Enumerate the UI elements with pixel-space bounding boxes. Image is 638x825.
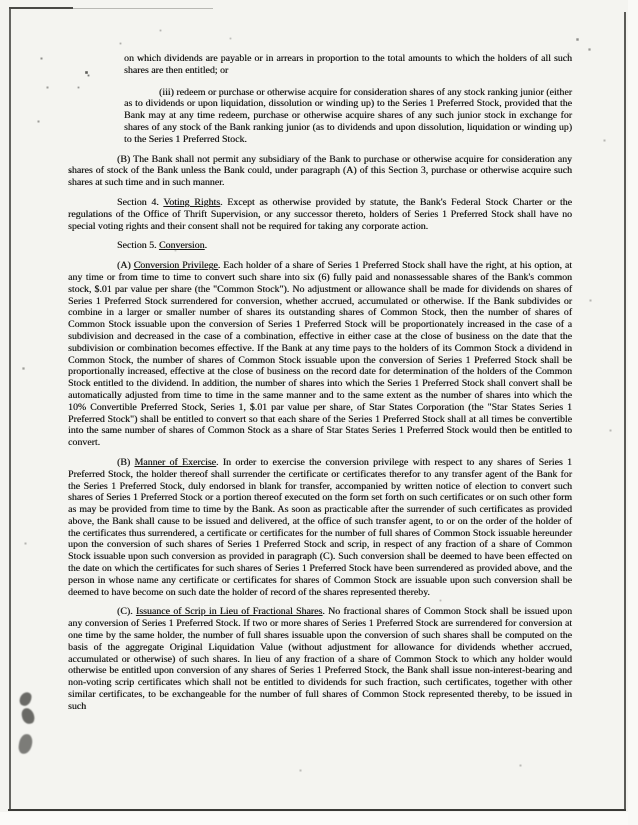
paragraph-c-body: . No fractional shares of Common Stock s… bbox=[68, 606, 572, 711]
photocopy-border-left bbox=[9, 8, 11, 810]
clause-continuation: on which dividends are payable or in arr… bbox=[124, 53, 572, 77]
paragraph-a-body: . Each holder of a share of Series 1 Pre… bbox=[68, 260, 572, 448]
paragraph-section4-voting-rights: Section 4. Voting Rights. Except as othe… bbox=[68, 197, 572, 232]
section5-body: . bbox=[205, 240, 207, 251]
paragraph-a-conversion-privilege: (A) Conversion Privilege. Each holder of… bbox=[68, 260, 572, 449]
paragraph-section5-conversion: Section 5. Conversion. bbox=[68, 240, 572, 252]
paragraph-section3-b: (B) The Bank shall not permit any subsid… bbox=[68, 154, 572, 189]
scan-smudge bbox=[18, 691, 33, 708]
scan-smudge bbox=[20, 707, 35, 725]
paragraph-b-heading: Manner of Exercise bbox=[134, 457, 216, 468]
paragraph-c-heading: Issuance of Scrip in Lieu of Fractional … bbox=[136, 606, 322, 617]
document-text: on which dividends are payable or in arr… bbox=[68, 53, 572, 721]
paragraph-b-manner-of-exercise: (B) Manner of Exercise. In order to exer… bbox=[68, 457, 572, 599]
section5-heading: Conversion bbox=[159, 240, 205, 251]
paragraph-c-issuance-of-scrip: (C). Issuance of Scrip in Lieu of Fracti… bbox=[68, 606, 572, 712]
photocopy-border-right bbox=[624, 12, 626, 810]
scan-margin-bottom bbox=[0, 812, 638, 825]
scan-margin-right bbox=[628, 0, 638, 825]
paragraph-a-heading: Conversion Privilege bbox=[134, 260, 218, 271]
paragraph-c-label: (C). bbox=[117, 606, 136, 617]
photocopy-border-top-faint bbox=[73, 8, 213, 9]
section5-label: Section 5. bbox=[117, 240, 159, 251]
photocopy-border-top bbox=[9, 7, 73, 9]
scan-smudge bbox=[18, 733, 34, 755]
scanned-document-page: on which dividends are payable or in arr… bbox=[0, 0, 638, 825]
clause-iii: (iii) redeem or purchase or otherwise ac… bbox=[124, 87, 572, 146]
section4-label: Section 4. bbox=[117, 197, 163, 208]
section4-heading: Voting Rights bbox=[163, 197, 220, 208]
photocopy-border-bottom bbox=[8, 809, 626, 811]
paragraph-a-label: (A) bbox=[117, 260, 134, 271]
scan-noise-specks bbox=[0, 0, 1, 1]
paragraph-b-body: . In order to exercise the conversion pr… bbox=[68, 457, 572, 598]
paragraph-b-label: (B) bbox=[117, 457, 134, 468]
